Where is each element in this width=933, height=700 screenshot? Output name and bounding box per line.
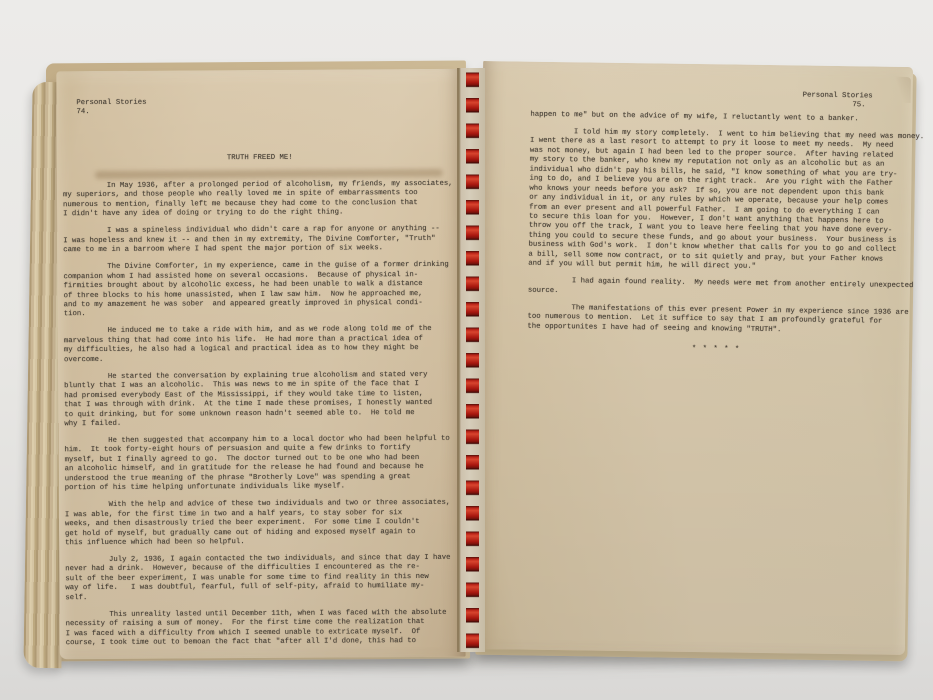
paragraph: I had again found reality. My needs were… bbox=[528, 277, 906, 301]
paragraph: He then suggested that accompany him to … bbox=[64, 435, 458, 494]
left-page-header: Personal Stories74. bbox=[76, 99, 146, 118]
paragraph: He induced me to take a ride with him, a… bbox=[64, 325, 458, 365]
binding-gutter bbox=[457, 68, 485, 652]
paragraph: In May 1936, after a prolonged period of… bbox=[63, 180, 457, 220]
open-book-photo: Personal Stories74. TRUTH FREED ME! In M… bbox=[0, 0, 933, 700]
ink-bleedthrough bbox=[95, 169, 443, 179]
paragraph: He started the conversation by explainin… bbox=[64, 370, 458, 429]
running-head: Personal Stories bbox=[76, 99, 146, 107]
left-page-body: In May 1936, after a prolonged period of… bbox=[63, 180, 460, 656]
page-number: 74. bbox=[76, 108, 89, 116]
left-page: Personal Stories74. TRUTH FREED ME! In M… bbox=[56, 69, 466, 659]
asterisk-separator: * * * * * bbox=[527, 343, 905, 358]
paragraph: With the help and advice of these two in… bbox=[65, 499, 459, 549]
paragraph: July 2, 1936, I again contacted the two … bbox=[65, 554, 459, 604]
story-title: TRUTH FREED ME! bbox=[57, 153, 463, 165]
paragraph: The Divine Comforter, in my experience, … bbox=[63, 261, 457, 320]
paragraph: I told him my story completely. I went t… bbox=[528, 128, 908, 275]
paragraph: I was a spineless individual who didn't … bbox=[63, 225, 457, 256]
paragraph: happen to me" but on the advice of my wi… bbox=[530, 111, 908, 126]
red-comb-binding bbox=[466, 68, 479, 652]
paragraph: This unreality lasted until December 11t… bbox=[66, 608, 460, 648]
page-number: 75. bbox=[852, 102, 865, 110]
right-page: Personal Stories75. happen to me" but on… bbox=[475, 61, 913, 655]
right-page-body: happen to me" but on the advice of my wi… bbox=[527, 111, 908, 358]
paragraph: The manifestations of this ever present … bbox=[527, 303, 905, 337]
right-page-header: Personal Stories75. bbox=[802, 91, 872, 111]
running-head: Personal Stories bbox=[803, 91, 873, 100]
